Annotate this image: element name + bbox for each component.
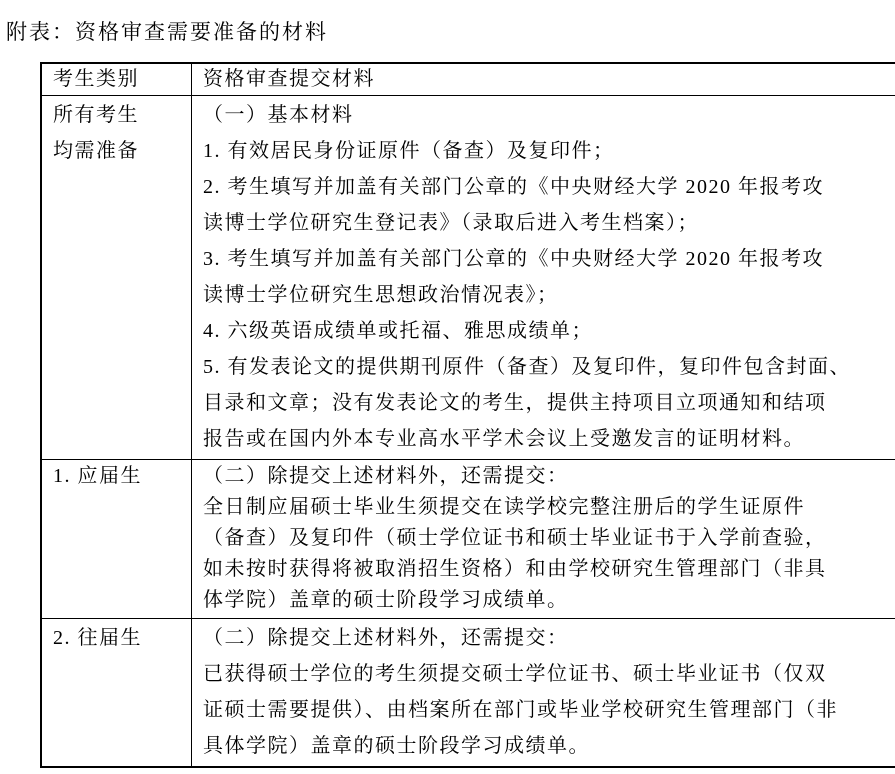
text-line: 2. 考生填写并加盖有关部门公章的《中央财经大学 2020 年报考攻: [203, 169, 895, 205]
table-row-fresh-graduates: 1. 应届生 （二）除提交上述材料外，还需提交：全日制应届硕士毕业生须提交在读学…: [41, 460, 895, 619]
category-cell-previous-graduates: 2. 往届生: [41, 619, 192, 768]
header-cell-materials: 资格审查提交材料: [192, 63, 895, 96]
page-title: 附表：资格审查需要准备的材料: [6, 16, 328, 46]
text-line: 目录和文章；没有发表论文的考生，提供主持项目立项通知和结项: [203, 385, 895, 421]
text-line: 体学院）盖章的硕士阶段学习成绩单。: [203, 585, 895, 616]
text-line: 5. 有发表论文的提供期刊原件（备查）及复印件，复印件包含封面、: [203, 349, 895, 385]
table-header-row: 考生类别 资格审查提交材料: [41, 63, 895, 96]
text-line: （二）除提交上述材料外，还需提交：: [203, 620, 895, 656]
text-line: 4. 六级英语成绩单或托福、雅思成绩单；: [203, 313, 895, 349]
text-line: 1. 有效居民身份证原件（备查）及复印件；: [203, 133, 895, 169]
text-line: 读博士学位研究生思想政治情况表》；: [203, 277, 895, 313]
content-cell-fresh-graduates: （二）除提交上述材料外，还需提交：全日制应届硕士毕业生须提交在读学校完整注册后的…: [192, 460, 895, 619]
text-line: 3. 考生填写并加盖有关部门公章的《中央财经大学 2020 年报考攻: [203, 241, 895, 277]
text-line: 所有考生: [53, 97, 185, 133]
table-row-previous-graduates: 2. 往届生 （二）除提交上述材料外，还需提交：已获得硕士学位的考生须提交硕士学…: [41, 619, 895, 768]
content-cell-all-candidates: （一）基本材料1. 有效居民身份证原件（备查）及复印件；2. 考生填写并加盖有关…: [192, 96, 895, 460]
text-line: 1. 应届生: [53, 461, 185, 492]
text-line: 全日制应届硕士毕业生须提交在读学校完整注册后的学生证原件: [203, 492, 895, 523]
text-line: 已获得硕士学位的考生须提交硕士学位证书、硕士毕业证书（仅双: [203, 656, 895, 692]
category-cell-all-candidates: 所有考生均需准备: [41, 96, 192, 460]
text-line: 如未按时获得将被取消招生资格）和由学校研究生管理部门（非具: [203, 554, 895, 585]
document-page: 附表：资格审查需要准备的材料 考生类别 资格审查提交材料 所有考生均需准备 （一…: [0, 0, 895, 774]
text-line: （二）除提交上述材料外，还需提交：: [203, 461, 895, 492]
text-line: 读博士学位研究生登记表》（录取后进入考生档案）；: [203, 205, 895, 241]
text-line: 具体学院）盖章的硕士阶段学习成绩单。: [203, 728, 895, 764]
header-cell-category: 考生类别: [41, 63, 192, 96]
table-row-all-candidates: 所有考生均需准备 （一）基本材料1. 有效居民身份证原件（备查）及复印件；2. …: [41, 96, 895, 460]
text-line: 报告或在国内外本专业高水平学术会议上受邀发言的证明材料。: [203, 421, 895, 457]
text-line: （一）基本材料: [203, 97, 895, 133]
text-line: 证硕士需要提供）、由档案所在部门或毕业学校研究生管理部门（非: [203, 692, 895, 728]
text-line: 均需准备: [53, 133, 185, 169]
materials-table: 考生类别 资格审查提交材料 所有考生均需准备 （一）基本材料1. 有效居民身份证…: [40, 62, 895, 768]
category-cell-fresh-graduates: 1. 应届生: [41, 460, 192, 619]
text-line: 2. 往届生: [53, 620, 185, 656]
text-line: （备查）及复印件（硕士学位证书和硕士毕业证书于入学前查验，: [203, 523, 895, 554]
content-cell-previous-graduates: （二）除提交上述材料外，还需提交：已获得硕士学位的考生须提交硕士学位证书、硕士毕…: [192, 619, 895, 768]
